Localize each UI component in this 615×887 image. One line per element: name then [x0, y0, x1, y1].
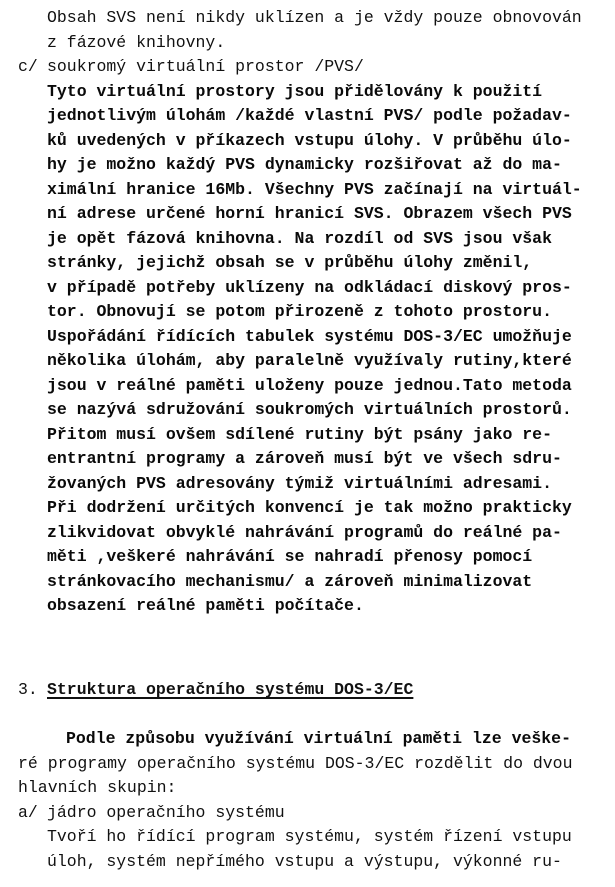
text-line: stránky, jejichž obsah se v průběhu úloh…	[47, 253, 532, 273]
text-line: tor. Obnovují se potom přirozeně z tohot…	[47, 302, 552, 322]
text-line: entrantní programy a zároveň musí být ve…	[47, 449, 562, 469]
text-line: je opět fázová knihovna. Na rozdíl od SV…	[47, 229, 552, 249]
text-line: z fázové knihovny.	[47, 33, 225, 53]
typewritten-page: Obsah SVS není nikdy uklízen a je vždy p…	[0, 0, 615, 887]
text-line: ní adrese určené horní hranicí SVS. Obra…	[47, 204, 572, 224]
item-a-title: jádro operačního systému	[47, 803, 285, 823]
list-marker-c: c/	[18, 57, 38, 77]
text-line: několika úlohám, aby paralelně využívaly…	[47, 351, 572, 371]
item-c-title: soukromý virtuální prostor /PVS/	[47, 57, 364, 77]
text-line: žovaných PVS adresovány týmiž virtuálním…	[47, 474, 552, 494]
text-line: měti ,veškeré nahrávání se nahradí přeno…	[47, 547, 532, 567]
text-line: se nazývá sdružování soukromých virtuáln…	[47, 400, 572, 420]
text-line: zlikvidovat obvyklé nahrávání programů d…	[47, 523, 562, 543]
text-line: Uspořádání řídících tabulek systému DOS-…	[47, 327, 572, 347]
text-line: jsou v reálné paměti uloženy pouze jedno…	[47, 376, 572, 396]
text-line: v případě potřeby uklízeny na odkládací …	[47, 278, 572, 298]
text-line: Podle způsobu využívání virtuální paměti…	[66, 729, 571, 749]
text-line: Obsah SVS není nikdy uklízen a je vždy p…	[47, 8, 582, 28]
text-line: Tyto virtuální prostory jsou přidělovány…	[47, 82, 542, 102]
text-line: jednotlivým úlohám /každé vlastní PVS/ p…	[47, 106, 572, 126]
section-number: 3.	[18, 680, 38, 700]
text-line: Přitom musí ovšem sdílené rutiny být psá…	[47, 425, 552, 445]
text-line: stránkovacího mechanismu/ a zároveň mini…	[47, 572, 532, 592]
list-marker-a: a/	[18, 803, 38, 823]
text-line: ximální hranice 16Mb. Všechny PVS začína…	[47, 180, 582, 200]
text-line: Tvoří ho řídící program systému, systém …	[47, 827, 572, 847]
text-line: hlavních skupin:	[18, 778, 176, 798]
text-line: Při dodržení určitých konvencí je tak mo…	[47, 498, 572, 518]
text-line: ků uvedených v příkazech vstupu úlohy. V…	[47, 131, 572, 151]
section-heading: Struktura operačního systému DOS-3/EC	[47, 680, 413, 700]
text-line: ré programy operačního systému DOS-3/EC …	[18, 754, 573, 774]
text-line: hy je možno každý PVS dynamicky rozšiřov…	[47, 155, 562, 175]
text-line: obsazení reálné paměti počítače.	[47, 596, 364, 616]
text-line: úloh, systém nepřímého vstupu a výstupu,…	[47, 852, 562, 872]
